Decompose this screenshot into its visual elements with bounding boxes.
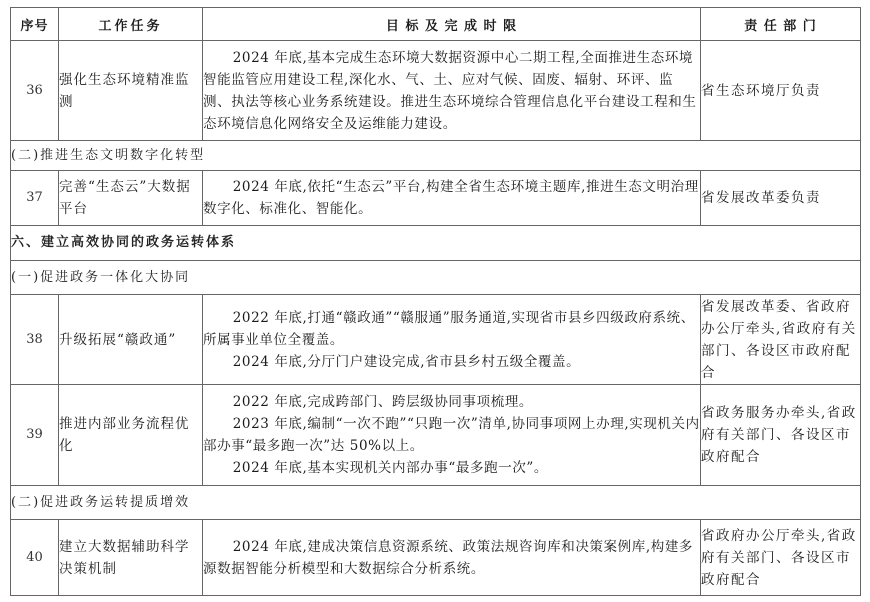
row-task: 强化生态环境精准监测 bbox=[59, 41, 203, 141]
row-index: 37 bbox=[11, 171, 59, 226]
header-row: 序号 工作任务 目 标 及 完 成 时 限 责 任 部 门 bbox=[11, 8, 861, 41]
row-task: 建立大数据辅助科学决策机制 bbox=[59, 520, 203, 596]
row-goal: 2024 年底,建成决策信息资源系统、政策法规咨询库和决策案例库,构建多源数据智… bbox=[203, 520, 701, 596]
row-task: 推进内部业务流程优化 bbox=[59, 385, 203, 486]
section-heading: (二)推进生态文明数字化转型 bbox=[11, 141, 861, 171]
table-row-40: 40 建立大数据辅助科学决策机制 2024 年底,建成决策信息资源系统、政策法规… bbox=[11, 520, 861, 596]
section-row: (二)推进生态文明数字化转型 bbox=[11, 141, 861, 171]
section-row-major: 六、建立高效协同的政务运转体系 bbox=[11, 226, 861, 261]
goal-paragraph: 2024 年底,分厅门户建设完成,省市县乡村五级全覆盖。 bbox=[203, 351, 700, 373]
table-row-38: 38 升级拓展“赣政通” 2022 年底,打通“赣政通”“赣服通”服务通道,实现… bbox=[11, 295, 861, 385]
row-goal: 2024 年底,基本完成生态环境大数据资源中心二期工程,全面推进生态环境智能监管… bbox=[203, 41, 701, 141]
row-dept: 省发展改革委、省政府办公厅牵头,省政府有关部门、各设区市政府配合 bbox=[701, 295, 861, 385]
goal-paragraph: 2024 年底,基本完成生态环境大数据资源中心二期工程,全面推进生态环境智能监管… bbox=[203, 47, 700, 135]
row-dept: 省生态环境厅负责 bbox=[701, 41, 861, 141]
header-index: 序号 bbox=[11, 8, 59, 41]
goal-paragraph: 2023 年底,编制“一次不跑”“只跑一次”清单,协同事项网上办理,实现机关内部… bbox=[203, 413, 700, 457]
row-index: 40 bbox=[11, 520, 59, 596]
goal-paragraph: 2024 年底,依托“生态云”平台,构建全省生态环境主题库,推进生态文明治理数字… bbox=[203, 176, 700, 220]
goal-paragraph: 2024 年底,建成决策信息资源系统、政策法规咨询库和决策案例库,构建多源数据智… bbox=[203, 536, 700, 580]
row-dept: 省政务服务办牵头,省政府有关部门、各设区市政府配合 bbox=[701, 385, 861, 486]
row-dept: 省政府办公厅牵头,省政府有关部门、各设区市政府配合 bbox=[701, 520, 861, 596]
row-index: 38 bbox=[11, 295, 59, 385]
row-goal: 2022 年底,完成跨部门、跨层级协同事项梳理。 2023 年底,编制“一次不跑… bbox=[203, 385, 701, 486]
goal-paragraph: 2024 年底,基本实现机关内部办事“最多跑一次”。 bbox=[203, 457, 700, 479]
section-heading: (二)促进政务运转提质增效 bbox=[11, 486, 861, 520]
row-index: 36 bbox=[11, 41, 59, 141]
row-task: 完善“生态云”大数据平台 bbox=[59, 171, 203, 226]
row-dept: 省发展改革委负责 bbox=[701, 171, 861, 226]
goal-paragraph: 2022 年底,打通“赣政通”“赣服通”服务通道,实现省市县乡四级政府系统、所属… bbox=[203, 307, 700, 351]
header-dept: 责 任 部 门 bbox=[701, 8, 861, 41]
table-row-36: 36 强化生态环境精准监测 2024 年底,基本完成生态环境大数据资源中心二期工… bbox=[11, 41, 861, 141]
row-index: 39 bbox=[11, 385, 59, 486]
section-row: (二)促进政务运转提质增效 bbox=[11, 486, 861, 520]
table-row-39: 39 推进内部业务流程优化 2022 年底,完成跨部门、跨层级协同事项梳理。 2… bbox=[11, 385, 861, 486]
goal-paragraph: 2022 年底,完成跨部门、跨层级协同事项梳理。 bbox=[203, 391, 700, 413]
header-task: 工作任务 bbox=[59, 8, 203, 41]
table-row-37: 37 完善“生态云”大数据平台 2024 年底,依托“生态云”平台,构建全省生态… bbox=[11, 171, 861, 226]
section-row: (一)促进政务一体化大协同 bbox=[11, 261, 861, 295]
row-goal: 2022 年底,打通“赣政通”“赣服通”服务通道,实现省市县乡四级政府系统、所属… bbox=[203, 295, 701, 385]
row-goal: 2024 年底,依托“生态云”平台,构建全省生态环境主题库,推进生态文明治理数字… bbox=[203, 171, 701, 226]
task-table: 序号 工作任务 目 标 及 完 成 时 限 责 任 部 门 36 强化生态环境精… bbox=[10, 7, 861, 596]
header-goal: 目 标 及 完 成 时 限 bbox=[203, 8, 701, 41]
major-section-heading: 六、建立高效协同的政务运转体系 bbox=[11, 226, 861, 261]
row-task: 升级拓展“赣政通” bbox=[59, 295, 203, 385]
section-heading: (一)促进政务一体化大协同 bbox=[11, 261, 861, 295]
